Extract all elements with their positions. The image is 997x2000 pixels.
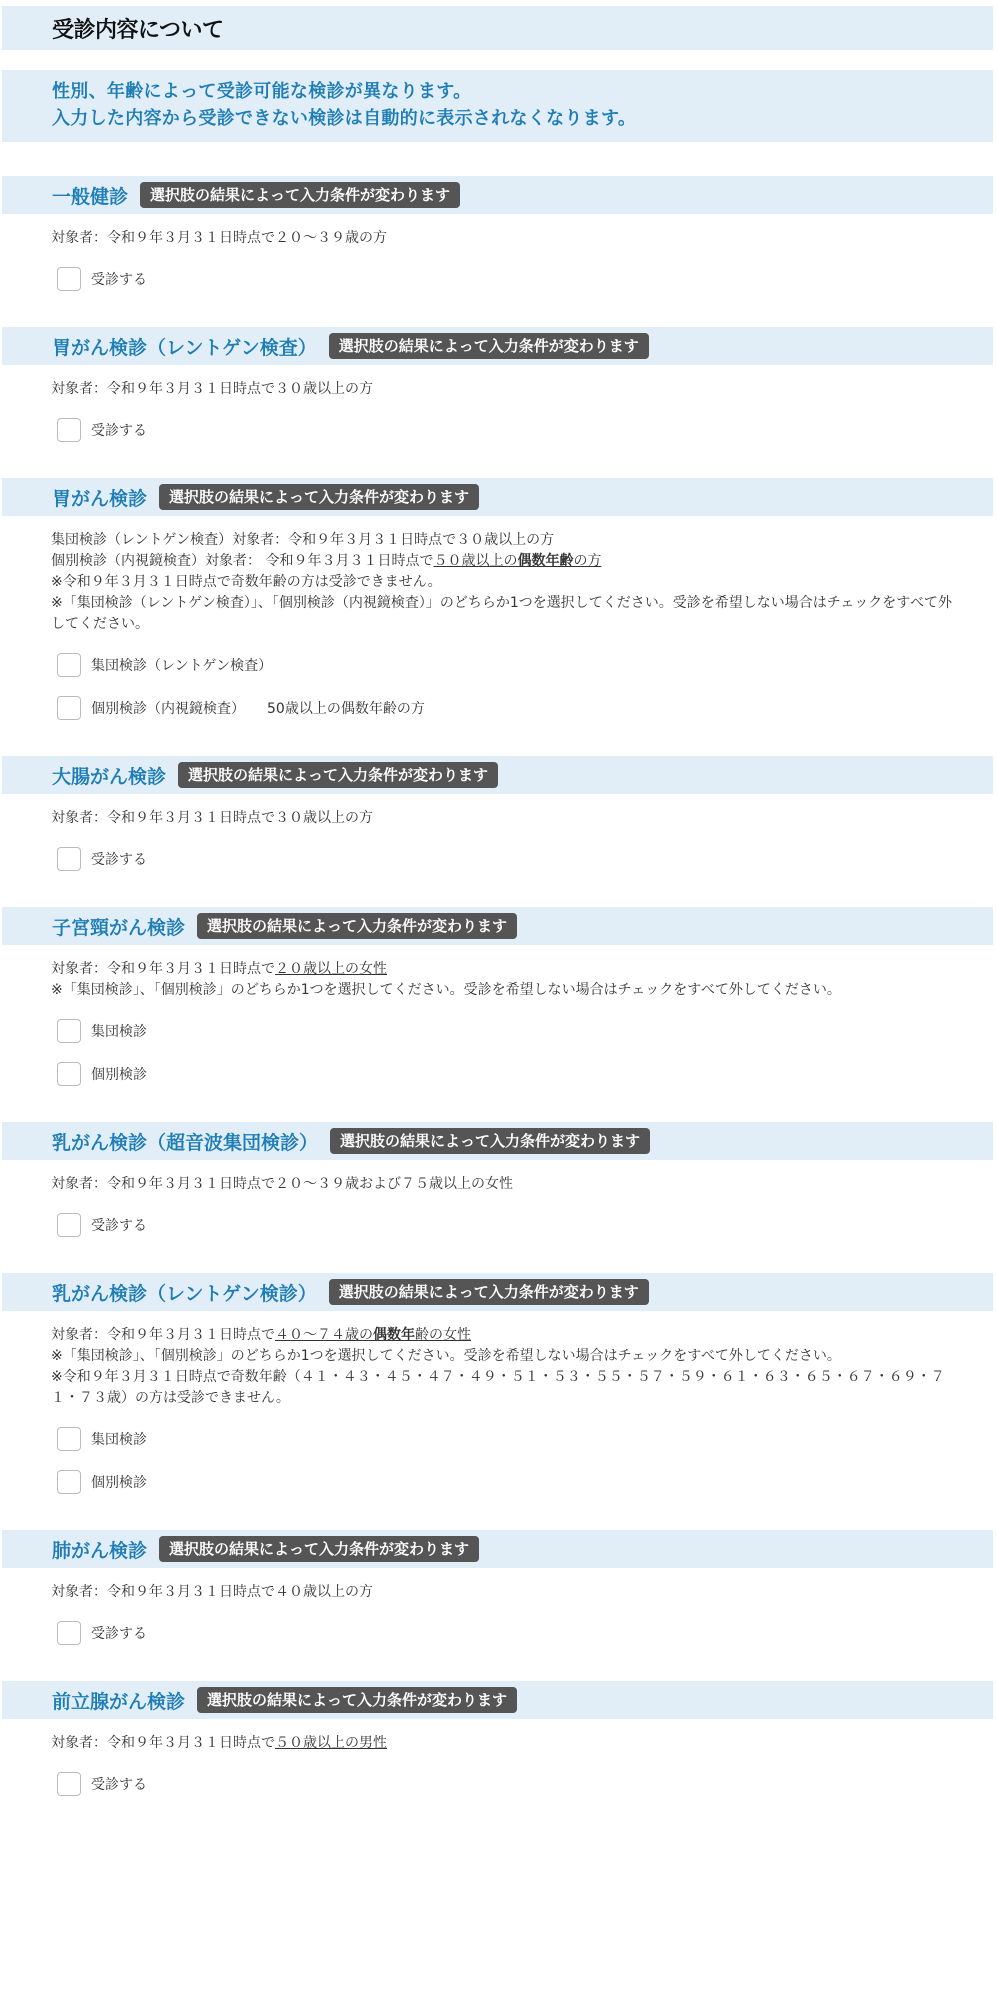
description-text: 対象者：令和９年３月３１日時点で <box>51 1327 275 1343</box>
emphasized-condition: ５０歳以上の偶数年齢の方 <box>433 553 601 569</box>
section-body: 対象者：令和９年３月３１日時点で４０～７４歳の偶数年齢の女性※「集団検診」、「個… <box>0 1311 997 1496</box>
checkbox-label[interactable]: 個別検診 <box>91 1064 147 1084</box>
section-title: 肺がん検診 <box>52 1536 147 1563</box>
condition-badge: 選択肢の結果によって入力条件が変わります <box>330 1128 650 1154</box>
exam-checkbox-option[interactable]: 個別検診（内視鏡検査）50歳以上の偶数年齢の方 <box>51 694 997 722</box>
exam-checkbox-option[interactable]: 個別検診 <box>51 1060 997 1088</box>
exam-section: 前立腺がん検診選択肢の結果によって入力条件が変わります対象者：令和９年３月３１日… <box>0 1681 997 1798</box>
option-list: 集団検診個別検診 <box>51 1425 997 1496</box>
section-header: 大腸がん検診選択肢の結果によって入力条件が変わります <box>2 756 993 794</box>
target-description: 対象者：令和９年３月３１日時点で３０歳以上の方 <box>51 808 997 829</box>
exam-checkbox-option[interactable]: 集団検診（レントゲン検査） <box>51 651 997 679</box>
option-list: 受診する <box>51 265 997 293</box>
checkbox[interactable] <box>57 696 81 720</box>
checkbox[interactable] <box>57 418 81 442</box>
checkbox[interactable] <box>57 1019 81 1043</box>
option-list: 受診する <box>51 1770 997 1798</box>
section-header: 一般健診選択肢の結果によって入力条件が変わります <box>2 176 993 214</box>
description-text: 個別検診（内視鏡検査）対象者： 令和９年３月３１日時点で <box>51 553 433 569</box>
checkbox-label[interactable]: 集団検診 <box>91 1429 147 1449</box>
checkbox-label[interactable]: 受診する <box>91 1774 147 1794</box>
notice-box: 性別、年齢によって受診可能な検診が異なります。 入力した内容から受診できない検診… <box>2 70 993 142</box>
condition-text: ４０～７４歳の <box>275 1327 373 1343</box>
exam-section: 胃がん検診（レントゲン検査）選択肢の結果によって入力条件が変わります対象者：令和… <box>0 327 997 444</box>
checkbox-label[interactable]: 集団検診（レントゲン検査） <box>91 655 272 675</box>
condition-badge: 選択肢の結果によって入力条件が変わります <box>329 1279 649 1305</box>
condition-badge: 選択肢の結果によって入力条件が変わります <box>140 182 460 208</box>
target-description: 対象者：令和９年３月３１日時点で２０～３９歳および７５歳以上の女性 <box>51 1174 997 1195</box>
checkbox-note: 50歳以上の偶数年齢の方 <box>267 698 425 718</box>
checkbox[interactable] <box>57 1427 81 1451</box>
description-text: 対象者：令和９年３月３１日時点で <box>51 1735 275 1751</box>
checkbox[interactable] <box>57 1062 81 1086</box>
page-title-bar: 受診内容について <box>2 6 993 50</box>
section-header: 前立腺がん検診選択肢の結果によって入力条件が変わります <box>2 1681 993 1719</box>
section-header: 胃がん検診選択肢の結果によって入力条件が変わります <box>2 478 993 516</box>
target-description: 対象者：令和９年３月３１日時点で４０～７４歳の偶数年齢の女性 <box>51 1325 997 1346</box>
section-body: 対象者：令和９年３月３１日時点で３０歳以上の方受診する <box>0 794 997 873</box>
section-title: 前立腺がん検診 <box>52 1687 185 1714</box>
option-list: 受診する <box>51 845 997 873</box>
checkbox[interactable] <box>57 1621 81 1645</box>
checkbox[interactable] <box>57 1470 81 1494</box>
exam-checkbox-option[interactable]: 集団検診 <box>51 1017 997 1045</box>
checkbox-label[interactable]: 個別検診（内視鏡検査） <box>91 698 245 718</box>
exam-checkbox-option[interactable]: 受診する <box>51 416 997 444</box>
checkbox-label[interactable]: 受診する <box>91 1623 147 1643</box>
target-description: ※「集団検診」、「個別検診」のどちらか1つを選択してください。受診を希望しない場… <box>51 980 997 1001</box>
condition-badge: 選択肢の結果によって入力条件が変わります <box>159 484 479 510</box>
condition-text: ２０歳以上の女性 <box>275 961 387 977</box>
exam-checkbox-option[interactable]: 個別検診 <box>51 1468 997 1496</box>
checkbox[interactable] <box>57 653 81 677</box>
section-header: 子宮頸がん検診選択肢の結果によって入力条件が変わります <box>2 907 993 945</box>
exam-checkbox-option[interactable]: 集団検診 <box>51 1425 997 1453</box>
section-title: 乳がん検診（レントゲン検診） <box>52 1279 317 1306</box>
condition-text: ５０歳以上の <box>433 553 517 569</box>
exam-checkbox-option[interactable]: 受診する <box>51 265 997 293</box>
section-title: 子宮頸がん検診 <box>52 913 185 940</box>
option-list: 受診する <box>51 1619 997 1647</box>
target-description: 対象者：令和９年３月３１日時点で４０歳以上の方 <box>51 1582 997 1603</box>
checkbox-label[interactable]: 受診する <box>91 849 147 869</box>
condition-text: 齢の女性 <box>415 1327 471 1343</box>
description-text: 対象者：令和９年３月３１日時点で <box>51 961 275 977</box>
emphasized-condition: ４０～７４歳の偶数年齢の女性 <box>275 1327 471 1343</box>
emphasized-condition: ５０歳以上の男性 <box>275 1735 387 1751</box>
condition-badge: 選択肢の結果によって入力条件が変わります <box>178 762 498 788</box>
exam-section: 胃がん検診選択肢の結果によって入力条件が変わります集団検診（レントゲン検査）対象… <box>0 478 997 722</box>
section-title: 大腸がん検診 <box>52 762 166 789</box>
condition-badge: 選択肢の結果によって入力条件が変わります <box>159 1536 479 1562</box>
exam-section: 肺がん検診選択肢の結果によって入力条件が変わります対象者：令和９年３月３１日時点… <box>0 1530 997 1647</box>
checkbox[interactable] <box>57 1213 81 1237</box>
exam-checkbox-option[interactable]: 受診する <box>51 1619 997 1647</box>
bold-condition: 偶数年 <box>373 1327 415 1343</box>
section-header: 乳がん検診（レントゲン検診）選択肢の結果によって入力条件が変わります <box>2 1273 993 1311</box>
notice-line: 性別、年齢によって受診可能な検診が異なります。 <box>52 78 993 105</box>
exam-sections: 一般健診選択肢の結果によって入力条件が変わります対象者：令和９年３月３１日時点で… <box>0 176 997 1798</box>
section-body: 対象者：令和９年３月３１日時点で２０～３９歳および７５歳以上の女性受診する <box>0 1160 997 1239</box>
target-description: 対象者：令和９年３月３１日時点で２０歳以上の女性 <box>51 959 997 980</box>
checkbox-label[interactable]: 受診する <box>91 269 147 289</box>
condition-badge: 選択肢の結果によって入力条件が変わります <box>197 1687 517 1713</box>
target-description: 個別検診（内視鏡検査）対象者： 令和９年３月３１日時点で５０歳以上の偶数年齢の方 <box>51 551 997 572</box>
section-body: 集団検診（レントゲン検査）対象者：令和９年３月３１日時点で３０歳以上の方個別検診… <box>0 516 997 722</box>
target-description: 集団検診（レントゲン検査）対象者：令和９年３月３１日時点で３０歳以上の方 <box>51 530 997 551</box>
notice-line: 入力した内容から受診できない検診は自動的に表示されなくなります。 <box>52 105 993 132</box>
exam-checkbox-option[interactable]: 受診する <box>51 845 997 873</box>
section-body: 対象者：令和９年３月３１日時点で４０歳以上の方受診する <box>0 1568 997 1647</box>
checkbox-label[interactable]: 受診する <box>91 1215 147 1235</box>
exam-checkbox-option[interactable]: 受診する <box>51 1770 997 1798</box>
section-body: 対象者：令和９年３月３１日時点で２０歳以上の女性※「集団検診」、「個別検診」のど… <box>0 945 997 1088</box>
condition-text: ５０歳以上の男性 <box>275 1735 387 1751</box>
section-title: 乳がん検診（超音波集団検診） <box>52 1128 318 1155</box>
section-header: 乳がん検診（超音波集団検診）選択肢の結果によって入力条件が変わります <box>2 1122 993 1160</box>
exam-section: 乳がん検診（超音波集団検診）選択肢の結果によって入力条件が変わります対象者：令和… <box>0 1122 997 1239</box>
checkbox[interactable] <box>57 847 81 871</box>
section-title: 一般健診 <box>52 182 128 209</box>
exam-section: 大腸がん検診選択肢の結果によって入力条件が変わります対象者：令和９年３月３１日時… <box>0 756 997 873</box>
condition-text: の方 <box>573 553 601 569</box>
section-body: 対象者：令和９年３月３１日時点で３０歳以上の方受診する <box>0 365 997 444</box>
section-title: 胃がん検診（レントゲン検査） <box>52 333 317 360</box>
condition-badge: 選択肢の結果によって入力条件が変わります <box>329 333 649 359</box>
target-description: ※「集団検診」、「個別検診」のどちらか1つを選択してください。受診を希望しない場… <box>51 1346 997 1367</box>
target-description: 対象者：令和９年３月３１日時点で２０～３９歳の方 <box>51 228 997 249</box>
exam-section: 子宮頸がん検診選択肢の結果によって入力条件が変わります対象者：令和９年３月３１日… <box>0 907 997 1088</box>
target-description: ※令和９年３月３１日時点で奇数年齢の方は受診できません。 <box>51 572 997 593</box>
checkbox-label[interactable]: 集団検診 <box>91 1021 147 1041</box>
section-header: 肺がん検診選択肢の結果によって入力条件が変わります <box>2 1530 993 1568</box>
checkbox-label[interactable]: 個別検診 <box>91 1472 147 1492</box>
target-description: ※令和９年３月３１日時点で奇数年齢（４１・４３・４５・４７・４９・５１・５３・５… <box>51 1367 997 1409</box>
page-title: 受診内容について <box>52 13 224 44</box>
checkbox[interactable] <box>57 267 81 291</box>
option-list: 受診する <box>51 416 997 444</box>
target-description: 対象者：令和９年３月３１日時点で５０歳以上の男性 <box>51 1733 997 1754</box>
condition-badge: 選択肢の結果によって入力条件が変わります <box>197 913 517 939</box>
checkbox[interactable] <box>57 1772 81 1796</box>
emphasized-condition: ２０歳以上の女性 <box>275 961 387 977</box>
section-body: 対象者：令和９年３月３１日時点で５０歳以上の男性受診する <box>0 1719 997 1798</box>
section-header: 胃がん検診（レントゲン検査）選択肢の結果によって入力条件が変わります <box>2 327 993 365</box>
section-title: 胃がん検診 <box>52 484 147 511</box>
exam-section: 乳がん検診（レントゲン検診）選択肢の結果によって入力条件が変わります対象者：令和… <box>0 1273 997 1496</box>
section-body: 対象者：令和９年３月３１日時点で２０～３９歳の方受診する <box>0 214 997 293</box>
target-description: ※「集団検診（レントゲン検査）」、「個別検診（内視鏡検査）」のどちらか1つを選択… <box>51 593 997 635</box>
checkbox-label[interactable]: 受診する <box>91 420 147 440</box>
option-list: 集団検診（レントゲン検査）個別検診（内視鏡検査）50歳以上の偶数年齢の方 <box>51 651 997 722</box>
exam-checkbox-option[interactable]: 受診する <box>51 1211 997 1239</box>
exam-section: 一般健診選択肢の結果によって入力条件が変わります対象者：令和９年３月３１日時点で… <box>0 176 997 293</box>
bold-condition: 偶数年齢 <box>517 553 573 569</box>
option-list: 受診する <box>51 1211 997 1239</box>
option-list: 集団検診個別検診 <box>51 1017 997 1088</box>
target-description: 対象者：令和９年３月３１日時点で３０歳以上の方 <box>51 379 997 400</box>
